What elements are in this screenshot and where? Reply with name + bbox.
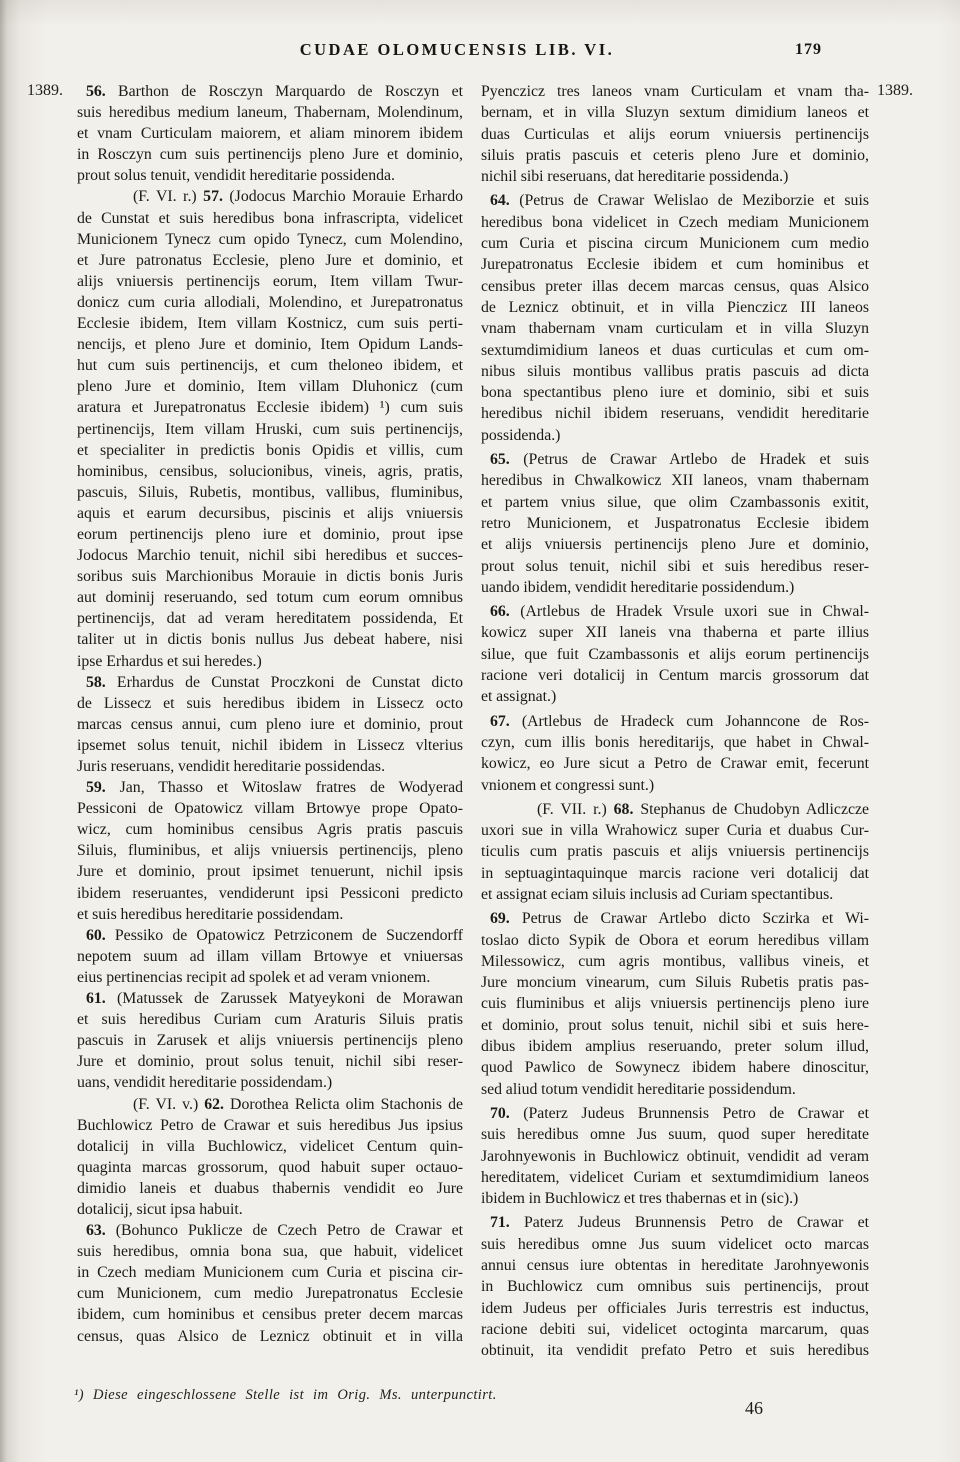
text-line: 69. Petrus de Crawar Artlebo dicto Sczir… [481, 908, 869, 929]
text-line: vnionem et congressi sunt.) [481, 775, 869, 796]
entry-number: 67. [490, 713, 510, 730]
text-line: possidenda.) [481, 425, 869, 446]
text-line: nichil sibi reseruans, dat hereditarie p… [481, 166, 869, 187]
text-line: sed aliud totum vendidit hereditarie pos… [481, 1079, 869, 1100]
text-line: sextumdimidium laneos et duas curticulas… [481, 340, 869, 361]
text-line: ibidem, cum hominibus et censibus preter… [77, 1304, 463, 1325]
text-line: donicz cum curia allodiali, Molendino, e… [77, 292, 463, 313]
text-line: toslao dicto Sypik de Obora et eorum her… [481, 930, 869, 951]
margin-year-right: 1389. [877, 82, 913, 100]
text-line: censibus preter illas decem marcas censu… [481, 276, 869, 297]
text-line: heredibus in Chwalkowicz XII laneos, vna… [481, 470, 869, 491]
text-line: siluis pratis pascuis et ceteris pleno J… [481, 145, 869, 166]
entry-number: 66. [490, 603, 510, 620]
text-line: 70. (Paterz Judeus Brunnensis Petro de C… [481, 1103, 869, 1124]
text-line: ibidem in Buchlowicz et tres thabernas e… [481, 1188, 869, 1209]
text-line: in septuagintaquinque marcis racione ver… [481, 863, 869, 884]
text-line: racione veri dotalicij in Centum marcis … [481, 665, 869, 686]
entry-number: 68. [614, 801, 634, 818]
text-line: Jarohnyewonis in Buchlowicz obtinuit, ve… [481, 1146, 869, 1167]
text-line: pleno Jure et dominio, Item villam Dluho… [77, 376, 463, 397]
text-line: pascuis in Zarusek et alijs vniuersis pe… [77, 1030, 463, 1051]
text-line: 59. Jan, Thasso et Witoslaw fratres de W… [77, 777, 463, 798]
text-line: 58. Erhardus de Cunstat Proczkoni de Cun… [77, 672, 463, 693]
text-line: czyn, cum illis bonis hereditarijs, que … [481, 732, 869, 753]
text-line: in Rosczyn cum suis pertinencijs pleno J… [77, 144, 463, 165]
text-line: in Buchlowicz cum omnibus suis pertinenc… [481, 1276, 869, 1297]
text-column-left: 56. Barthon de Rosczyn Marquardo de Rosc… [77, 81, 463, 1347]
text-line: kowicz super XII laneis vna thaberna et … [481, 622, 869, 643]
text-line: prout solus tenuit, nichil sibi et suis … [481, 556, 869, 577]
text-line: hereditatem, videlicet Curiam et sextumd… [481, 1167, 869, 1188]
entry-number: 62. [204, 1096, 224, 1113]
text-line: 71. Paterz Judeus Brunnensis Petro de Cr… [481, 1212, 869, 1233]
text-line: Jure et dominio, prout solus tenuit, nic… [77, 1051, 463, 1072]
entry-number: 70. [490, 1105, 510, 1122]
text-line: pertinencijs, dat ad veram hereditatem p… [77, 608, 463, 629]
running-header-title: CUDAE OLOMUCENSIS LIB. VI. [0, 40, 914, 60]
text-line: suis heredibus omne Jus suum videlicet o… [481, 1234, 869, 1255]
entry-paragraph: 60. Pessiko de Opatowicz Petrziconem de … [77, 925, 463, 988]
text-line: aquis et earum decursibus, piscinis et a… [77, 503, 463, 524]
text-line: et suis heredibus Curiam cum Araturis Si… [77, 1009, 463, 1030]
text-line: prout solus tenuit, vendidit hereditarie… [77, 165, 463, 186]
text-line: obtinuit, ita vendidit prefato Petro et … [481, 1340, 869, 1361]
text-line: ipsemet solus tenuit, nichil ibidem in L… [77, 735, 463, 756]
text-line: cum Curia et piscina circum Municionem c… [481, 233, 869, 254]
text-line: aratura et Jurepatronatus Ecclesie ibide… [77, 397, 463, 418]
text-line: marcas census annui, cum pleno iure et d… [77, 714, 463, 735]
text-line: Ecclesie ibidem, Item villam Kostnicz, c… [77, 313, 463, 334]
text-line: Municionem Tynecz cum opido Tynecz, cum … [77, 229, 463, 250]
text-line: soribus suis Marchionibus Morauie in dic… [77, 566, 463, 587]
text-line: et vnam Curticulam maiorem, et aliam min… [77, 123, 463, 144]
text-line: uxori sue in villa Wrahowicz super Curia… [481, 820, 869, 841]
text-line: silue, que fuit Czambassonis et alijs eo… [481, 644, 869, 665]
text-line: et partem vnius silue, que olim Czambass… [481, 492, 869, 513]
text-line: Pyenczicz tres laneos vnam Curticulam et… [481, 81, 869, 102]
text-line: Milessowicz, cum agris montibus, vallibu… [481, 951, 869, 972]
text-line: Pessiconi de Opatowicz villam Brtowye pr… [77, 798, 463, 819]
text-line: dotalicij, sicut ipsa habuit. [77, 1199, 463, 1220]
text-line: et alijs vniuersis pertinencijs pleno Ju… [481, 534, 869, 555]
text-line: hut cum suis pertinencijs, et cum thelon… [77, 355, 463, 376]
entry-number: 57. [203, 188, 223, 205]
text-line: heredibus bona videlicet in Czech mediam… [481, 212, 869, 233]
text-line: (F. VII. r.) 68. Stephanus de Chudobyn A… [481, 799, 869, 820]
text-line: 63. (Bohunco Puklicze de Czech Petro de … [77, 1220, 463, 1241]
text-line: Jurepatronatus Ecclesie ibidem et cum ho… [481, 254, 869, 275]
text-line: Buchlowicz Petro de Crawar et suis hered… [77, 1115, 463, 1136]
text-line: 65. (Petrus de Crawar Artlebo de Hradek … [481, 449, 869, 470]
text-line: cum Municionem, cum medio Jurepatronatus… [77, 1283, 463, 1304]
scanned-book-page: CUDAE OLOMUCENSIS LIB. VI. 179 1389. 138… [0, 0, 960, 1462]
text-line: alijs vniuersis pertinencijs eorum, Item… [77, 271, 463, 292]
text-line: cuis fluminibus et alijs vniuersis perti… [481, 993, 869, 1014]
text-line: quod Pawlico de Sowynecz ibidem habere d… [481, 1057, 869, 1078]
entry-number: 60. [86, 927, 106, 944]
text-line: uando ibidem, vendidit hereditarie possi… [481, 577, 869, 598]
text-line: ticulis cum pratis pascuis et alijs vniu… [481, 841, 869, 862]
text-line: census, quas Alsico de Leznicz obtinuit … [77, 1326, 463, 1347]
entry-number: 56. [86, 83, 106, 100]
text-line: dibus ibidem amplius reseruando, preter … [481, 1036, 869, 1057]
text-line: heredibus nichil ibidem reseruans, vendi… [481, 403, 869, 424]
text-line: de Cunstat et suis heredibus bona infras… [77, 208, 463, 229]
entry-paragraph: 67. (Artlebus de Hradeck cum Johanncone … [481, 711, 869, 796]
entry-paragraph: 63. (Bohunco Puklicze de Czech Petro de … [77, 1220, 463, 1347]
text-line: suis heredibus, omnia bona sua, que habu… [77, 1241, 463, 1262]
entry-paragraph: (F. VI. v.) 62. Dorothea Relicta olim St… [77, 1094, 463, 1221]
text-line: eorum pertinencijs pleno iure et dominio… [77, 524, 463, 545]
entry-paragraph: 56. Barthon de Rosczyn Marquardo de Rosc… [77, 81, 463, 186]
sheet-number-footer: 46 [745, 1398, 763, 1419]
text-line: suis heredibus medium laneum, Thabernam,… [77, 102, 463, 123]
text-line: et assignat.) [481, 686, 869, 707]
text-line: retro Municionem, et Juspatronatus Eccle… [481, 513, 869, 534]
text-column-right: Pyenczicz tres laneos vnam Curticulam et… [481, 81, 869, 1362]
text-line: uans, vendidit hereditarie possidendam.) [77, 1072, 463, 1093]
entry-paragraph: (F. VII. r.) 68. Stephanus de Chudobyn A… [481, 799, 869, 905]
entry-paragraph: 69. Petrus de Crawar Artlebo dicto Sczir… [481, 908, 869, 1100]
text-line: Siluis, fluminibus, et alijs vniuersis p… [77, 840, 463, 861]
text-line: bernam, et in villa Sluzyn sextum dimidi… [481, 102, 869, 123]
text-line: nepotem suum ad illam villam Brtowye et … [77, 946, 463, 967]
entry-paragraph: 64. (Petrus de Crawar Welislao de Mezibo… [481, 190, 869, 446]
text-line: hominibus, censibus, solucionibus, vinei… [77, 461, 463, 482]
entry-number: 69. [490, 910, 510, 927]
text-line: 60. Pessiko de Opatowicz Petrziconem de … [77, 925, 463, 946]
text-line: 64. (Petrus de Crawar Welislao de Mezibo… [481, 190, 869, 211]
entry-paragraph: 61. (Matussek de Zarussek Matyeykoni de … [77, 988, 463, 1093]
entry-paragraph: 58. Erhardus de Cunstat Proczkoni de Cun… [77, 672, 463, 777]
entry-paragraph: 66. (Artlebus de Hradek Vrsule uxori sue… [481, 601, 869, 707]
footnote: ¹) Diese eingeschlossene Stelle ist im O… [74, 1387, 634, 1404]
text-line: et Jure patronatus Ecclesie, pleno Jure … [77, 250, 463, 271]
text-line: pascuis, Siluis, Rubetis, montibus, vall… [77, 482, 463, 503]
text-line: pertinencijs, Item villam Hruski, cum su… [77, 419, 463, 440]
text-line: 61. (Matussek de Zarussek Matyeykoni de … [77, 988, 463, 1009]
text-line: Jure et dominio, prout ipsimet tenuerunt… [77, 861, 463, 882]
text-line: de Leznicz obtinuit, et in villa Pienczi… [481, 297, 869, 318]
text-line: nibus siluis montibus vallibus pratis pa… [481, 361, 869, 382]
entry-number: 71. [490, 1214, 510, 1231]
text-line: dotalicij in villa Buchlowicz, videlicet… [77, 1136, 463, 1157]
text-line: racione debiti sui, videlicet octoginta … [481, 1319, 869, 1340]
entry-paragraph: (F. VI. r.) 57. (Jodocus Marchio Morauie… [77, 186, 463, 671]
text-line: wicz, cum hominibus censibus Agris prati… [77, 819, 463, 840]
text-line: bona spectantibus pleno iure et dominio,… [481, 382, 869, 403]
entry-number: 64. [490, 192, 510, 209]
text-line: nencijs, et pleno Jure et dominio, Item … [77, 334, 463, 355]
text-line: taliter ut in dictis bonis nullus Jus de… [77, 629, 463, 650]
text-line: ibidem reseruantes, vendiderunt ipsi Pes… [77, 883, 463, 904]
text-line: 67. (Artlebus de Hradeck cum Johanncone … [481, 711, 869, 732]
text-line: kowicz, eo Jure sicut a Petro de Crawar … [481, 753, 869, 774]
text-line: 56. Barthon de Rosczyn Marquardo de Rosc… [77, 81, 463, 102]
text-line: de Lissecz et suis heredibus ibidem in L… [77, 693, 463, 714]
text-line: et assignat eciam siluis inclusis ad Cur… [481, 884, 869, 905]
text-line: Juris reseruans, vendidit hereditarie po… [77, 756, 463, 777]
text-line: (F. VI. v.) 62. Dorothea Relicta olim St… [77, 1094, 463, 1115]
text-line: Jodocus Marchio tenuit, nichil sibi here… [77, 545, 463, 566]
entry-number: 61. [86, 990, 106, 1007]
text-line: et dominio, prout solus tenuit, nichil s… [481, 1015, 869, 1036]
text-line: annui census iure obtentas in hereditate… [481, 1255, 869, 1276]
text-line: 66. (Artlebus de Hradek Vrsule uxori sue… [481, 601, 869, 622]
entry-number: 65. [490, 451, 510, 468]
entry-paragraph: 70. (Paterz Judeus Brunnensis Petro de C… [481, 1103, 869, 1209]
entry-paragraph: 65. (Petrus de Crawar Artlebo de Hradek … [481, 449, 869, 598]
text-line: vnam thabernam vnam curticulam et in vil… [481, 318, 869, 339]
entry-number: 58. [86, 674, 106, 691]
text-line: in Czech mediam Municionem cum Curia et … [77, 1262, 463, 1283]
entry-paragraph: 71. Paterz Judeus Brunnensis Petro de Cr… [481, 1212, 869, 1361]
text-line: Jure moncium vinearum, cum Siluis Rubeti… [481, 972, 869, 993]
text-line: idem Judeus per officiales Juris terrest… [481, 1298, 869, 1319]
text-line: eius pertinencias recipit ad spolek et a… [77, 967, 463, 988]
text-line: quaginta marcas grossorum, quod habuit s… [77, 1157, 463, 1178]
text-line: duas Curticulas et alijs eorum vniuersis… [481, 124, 869, 145]
entry-paragraph: Pyenczicz tres laneos vnam Curticulam et… [481, 81, 869, 187]
text-line: aut dominij reseruando, sed totum cum eo… [77, 587, 463, 608]
text-line: ipse Erhardus et sui heredes.) [77, 651, 463, 672]
text-line: dimidio laneis et duabus thabernis vendi… [77, 1178, 463, 1199]
text-line: et specialiter in predictis bonis Opidis… [77, 440, 463, 461]
entry-number: 63. [86, 1222, 106, 1239]
page-number-header: 179 [795, 41, 822, 59]
margin-year-left: 1389. [27, 82, 63, 100]
entry-number: 59. [86, 779, 106, 796]
entry-paragraph: 59. Jan, Thasso et Witoslaw fratres de W… [77, 777, 463, 925]
text-line: (F. VI. r.) 57. (Jodocus Marchio Morauie… [77, 186, 463, 207]
text-line: suis heredibus omne Jus suum, quod super… [481, 1124, 869, 1145]
text-line: et suis heredibus hereditarie possidenda… [77, 904, 463, 925]
